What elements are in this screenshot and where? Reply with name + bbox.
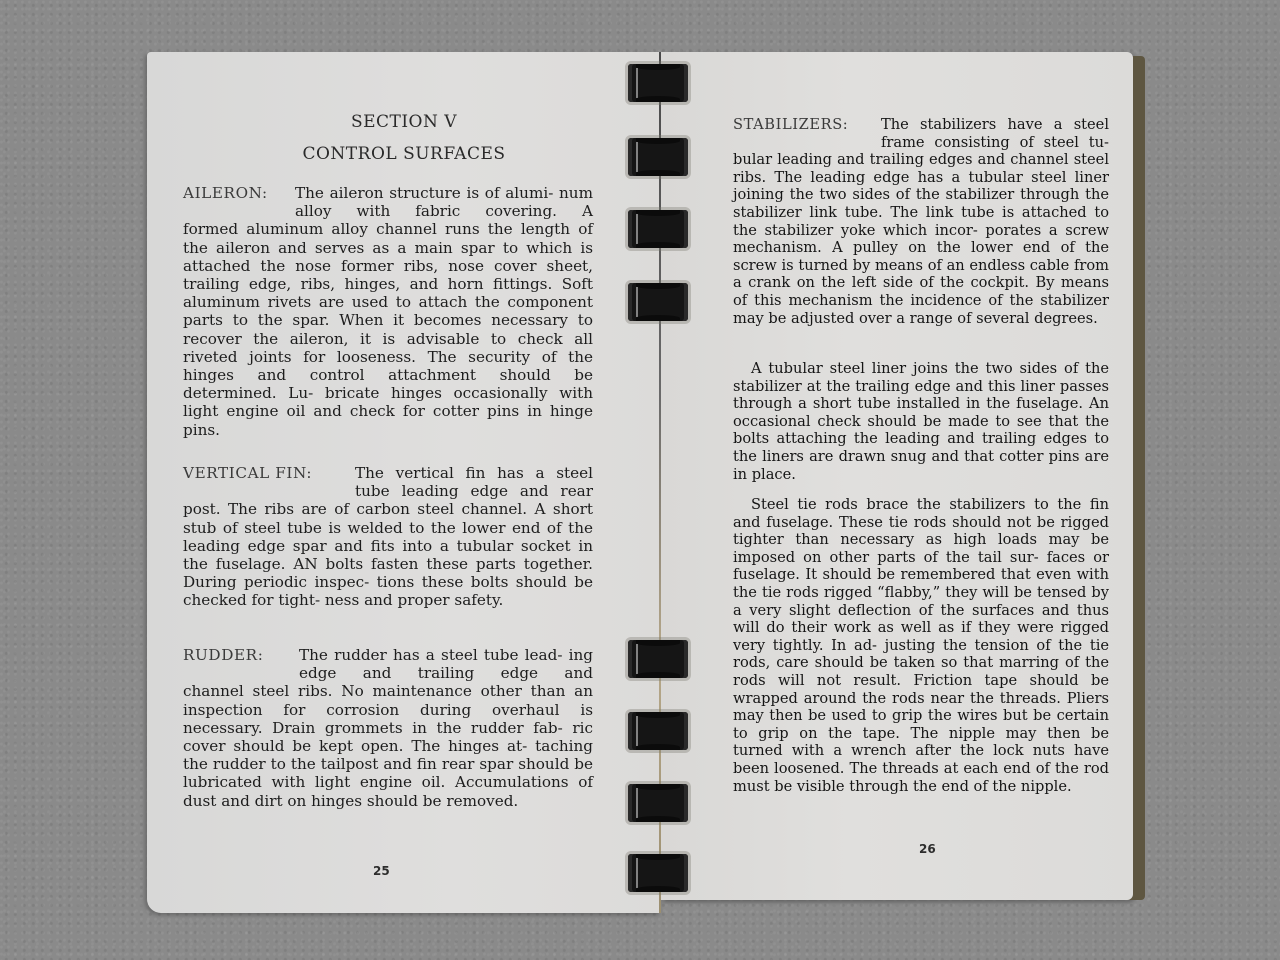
- aileron-lead: AILERON: The aileron structure is of alu…: [183, 184, 593, 220]
- binding-coil-icon: [628, 712, 688, 750]
- right-page: STABILIZERS: The stabilizers have a stee…: [661, 52, 1133, 900]
- vertical-fin-label: VERTICAL FIN:: [183, 464, 355, 500]
- rudder-lead: RUDDER: The rudder has a steel tube lead…: [183, 646, 593, 682]
- aileron-body: formed aluminum alloy channel runs the l…: [183, 220, 593, 438]
- vertical-fin-first-lines: The vertical fin has a steel tube leadin…: [355, 464, 593, 500]
- vertical-fin-lead: VERTICAL FIN: The vertical fin has a ste…: [183, 464, 593, 500]
- vertical-fin-body: post. The ribs are of carbon steel chann…: [183, 500, 593, 609]
- liner-text: A tubular steel liner joins the two side…: [733, 360, 1109, 483]
- aileron-entry: AILERON: The aileron structure is of alu…: [183, 184, 593, 439]
- tie-rods-paragraph: Steel tie rods brace the stabilizers to …: [733, 496, 1109, 795]
- binding-coil-icon: [628, 854, 688, 892]
- stabilizers-lead: STABILIZERS: The stabilizers have a stee…: [733, 116, 1109, 151]
- binding-coil-icon: [628, 64, 688, 102]
- stabilizers-entry: STABILIZERS: The stabilizers have a stee…: [733, 116, 1109, 327]
- liner-paragraph: A tubular steel liner joins the two side…: [733, 360, 1109, 483]
- section-number: SECTION V: [147, 112, 661, 132]
- rudder-entry: RUDDER: The rudder has a steel tube lead…: [183, 646, 593, 810]
- aileron-label: AILERON:: [183, 184, 295, 220]
- rudder-label: RUDDER:: [183, 646, 299, 682]
- binding-coil-icon: [628, 640, 688, 678]
- page-number-left: 25: [373, 864, 390, 878]
- left-page: SECTION V CONTROL SURFACES AILERON: The …: [147, 52, 661, 913]
- vertical-fin-entry: VERTICAL FIN: The vertical fin has a ste…: [183, 464, 593, 610]
- section-title: CONTROL SURFACES: [147, 144, 661, 164]
- binding-coil-icon: [628, 784, 688, 822]
- stabilizers-label: STABILIZERS:: [733, 116, 881, 151]
- tie-rods-text: Steel tie rods brace the stabilizers to …: [733, 496, 1109, 795]
- binding-coil-icon: [628, 210, 688, 248]
- aileron-first-lines: The aileron structure is of alumi- num a…: [295, 184, 593, 220]
- binding-coil-icon: [628, 283, 688, 321]
- page-number-right: 26: [919, 842, 936, 856]
- rudder-first-lines: The rudder has a steel tube lead- ing ed…: [299, 646, 593, 682]
- rudder-body: channel steel ribs. No maintenance other…: [183, 682, 593, 809]
- stabilizers-body: bular leading and trailing edges and cha…: [733, 151, 1109, 327]
- binding-coil-icon: [628, 138, 688, 176]
- stabilizers-first-lines: The stabilizers have a steel frame consi…: [881, 116, 1109, 151]
